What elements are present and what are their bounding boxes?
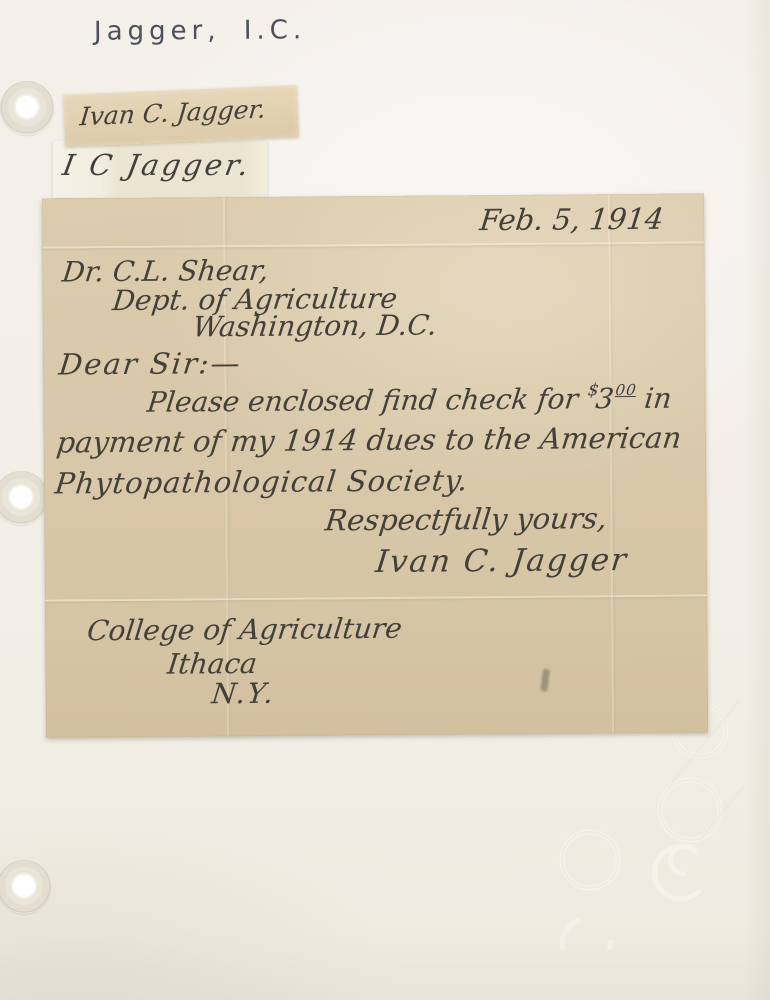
- pencil-smudge-mark: [540, 668, 550, 692]
- amount-cents: 00: [615, 381, 638, 399]
- letter-body-line-2: payment of my 1914 dues to the American: [55, 421, 683, 460]
- letter-body-line-1-text: Please enclosed find check for: [145, 382, 588, 418]
- letter-body-line-3: Phytopathological Society.: [53, 463, 470, 500]
- letter-body-line-1: Please enclosed find check for $300 in: [145, 380, 673, 419]
- letter-salutation: Dear Sir:—: [57, 346, 243, 381]
- check-amount: $300: [585, 380, 638, 415]
- letter-body-line-1-tail: in: [634, 382, 674, 415]
- name-slip-1: Ivan C. Jagger.: [63, 85, 299, 147]
- scanned-archive-page: Jagger, I.C. Ivan C. Jagger. I C Jagger.…: [0, 0, 770, 1000]
- handwritten-letter: Feb. 5, 1914 Dr. C.L. Shear, Dept. of Ag…: [42, 193, 708, 737]
- letter-signature: Ivan C. Jagger: [374, 542, 630, 580]
- name-slip-2: I C Jagger.: [53, 141, 267, 198]
- letter-fold-crease-horizontal-top: [42, 241, 704, 248]
- letter-sender-state: N.Y.: [210, 677, 277, 711]
- name-slip-2-handwriting: I C Jagger.: [60, 148, 254, 182]
- archive-label-handwriting: Jagger, I.C.: [94, 15, 306, 46]
- hole-punch-ring-middle: [0, 471, 48, 525]
- name-slip-1-handwriting: Ivan C. Jagger.: [79, 94, 268, 131]
- hole-punch-ring-top: [0, 81, 54, 135]
- letter-fold-crease-vertical-right: [608, 194, 614, 733]
- amount-whole: 3: [594, 382, 616, 415]
- letter-fold-crease-horizontal-bottom: [45, 594, 707, 601]
- letter-date: Feb. 5, 1914: [478, 202, 665, 237]
- letter-sender-city: Ithaca: [166, 647, 259, 681]
- letter-closing: Respectfully yours,: [323, 501, 608, 537]
- letter-recipient-city: Washington, D.C.: [191, 308, 439, 343]
- letter-sender-institution: College of Agriculture: [85, 612, 403, 648]
- hole-punch-ring-bottom: [0, 860, 51, 914]
